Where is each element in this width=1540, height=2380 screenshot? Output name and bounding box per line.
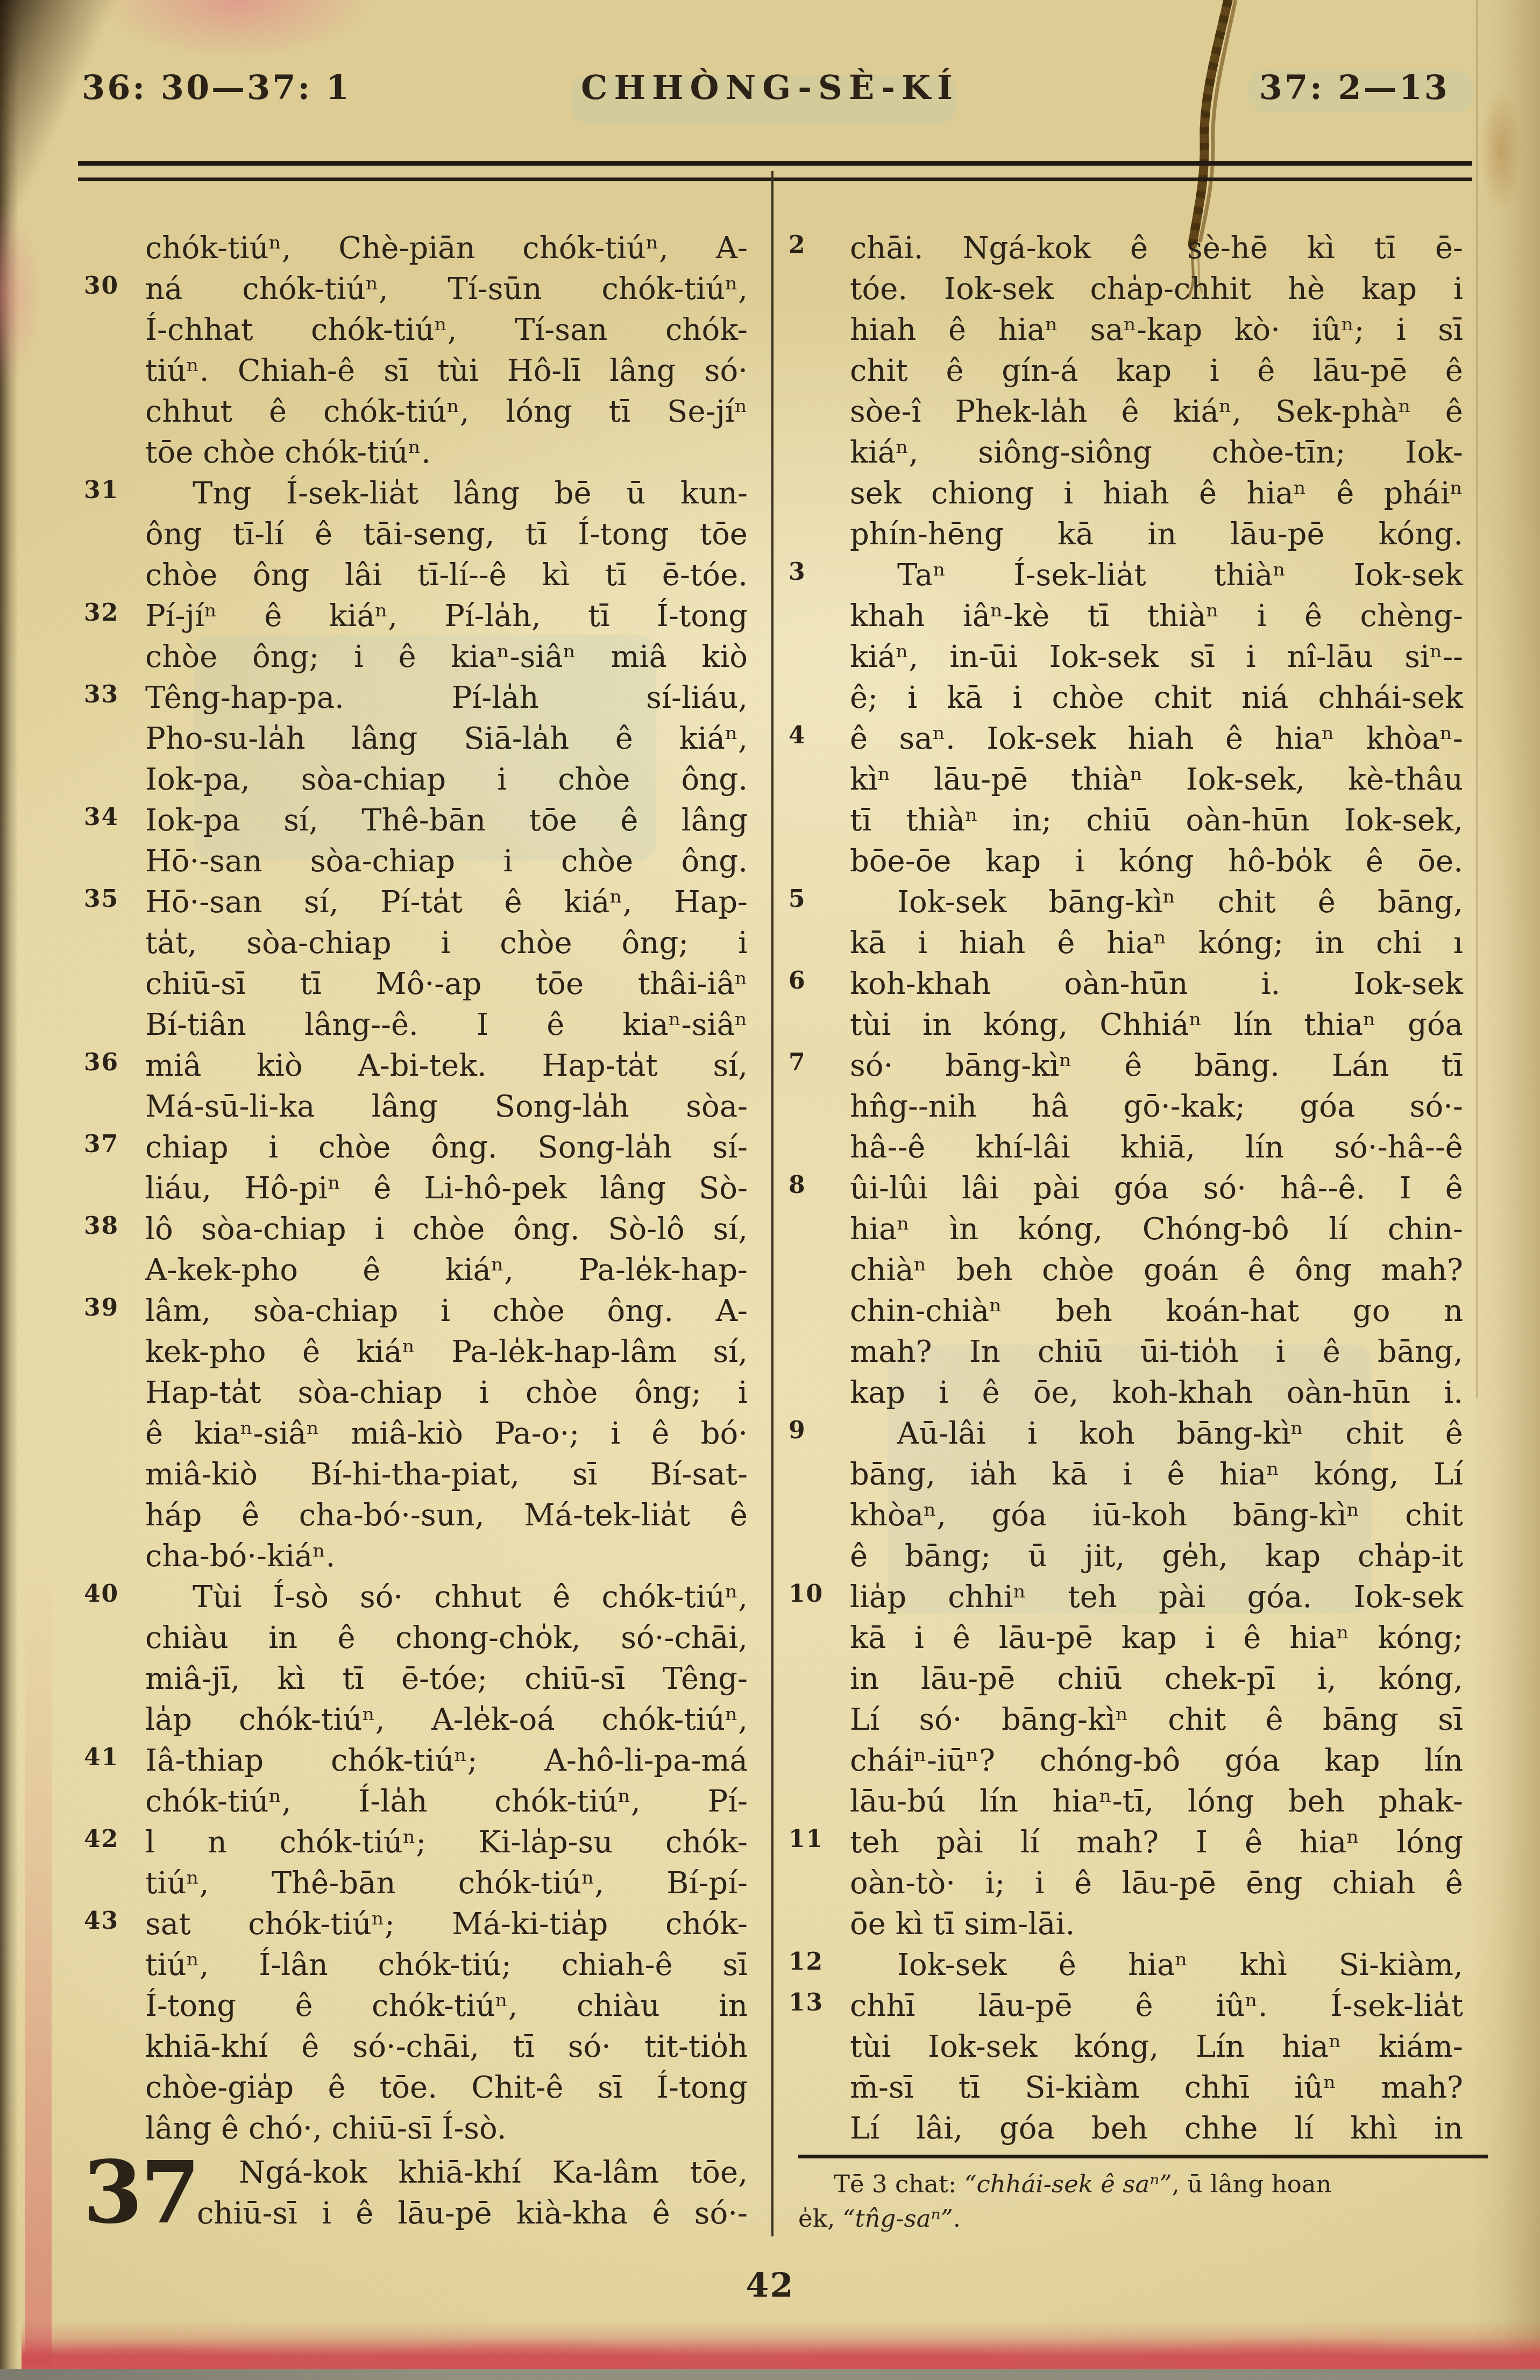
footnote: Tē 3 chat: “chhái-sek ê saⁿ”, ū lâng hoa… [798, 2155, 1488, 2236]
verse-text: lia̍p chhiⁿ teh pài góa. Iok-sek [850, 1580, 1463, 1615]
verse-text: tùi Iok-sek kóng, Lín hiaⁿ kiám- [850, 2029, 1463, 2064]
text-line: 4ê saⁿ. Iok-sek hiah ê hiaⁿ khòaⁿ- [850, 719, 1463, 759]
book-page: { "header": { "left": "36: 30—37: 1", "c… [0, 0, 1540, 2380]
verse-text: chòe ông lâi tī-lí--ê kì tī ē-tóe. [145, 558, 748, 593]
verse-text: Iâ-thiap chók-tiúⁿ; A-hô-li-pa-má [145, 1743, 748, 1778]
scan-edge-bottom [0, 2369, 1540, 2380]
verse-text: ê; i kā i chòe chit niá chhái-sek [850, 680, 1463, 715]
text-line: hiaⁿ ìn kóng, Chóng-bô lí chin- [850, 1209, 1463, 1250]
verse-text: A-kek-pho ê kiáⁿ, Pa-le̍k-hap- [145, 1253, 748, 1288]
text-line: 34Iok-pa sí, Thê-bān tōe ê lâng [145, 800, 748, 841]
text-line: 40Tùi Í-sò só· chhut ê chók-tiúⁿ, [145, 1577, 748, 1618]
text-line: 42l n chók-tiúⁿ; Ki-la̍p-su chók- [145, 1822, 748, 1863]
verse-text: ná chók-tiúⁿ, Tí-sūn chók-tiúⁿ, [145, 272, 748, 307]
left-column-lines: chók-tiúⁿ, Chè-piān chók-tiúⁿ, A-30ná ch… [145, 228, 748, 2149]
chapter-lines: Ngá-kok khiā-khí Ka-lâm tōe,chiū-sī i ê … [197, 2152, 748, 2234]
verse-number: 37 [84, 1125, 119, 1164]
text-line: 11teh pài lí mah? I ê hiaⁿ lóng [850, 1822, 1463, 1863]
text-line: kā i hiah ê hiaⁿ kóng; in chi ı [850, 923, 1463, 964]
text-line: 36miâ kiò A-bi-tek. Hap-ta̍t sí, [145, 1046, 748, 1086]
verse-text: hiaⁿ ìn kóng, Chóng-bô lí chin- [850, 1212, 1463, 1247]
verse-text: ông tī-lí ê tāi-seng, tī Í-tong tōe [145, 517, 748, 552]
footnote-line: Tē 3 chat: “chhái-sek ê saⁿ”, ū lâng hoa… [798, 2167, 1488, 2201]
text-line: kā i ê lāu-pē kap i ê hiaⁿ kóng; [850, 1618, 1463, 1659]
verse-text: in lāu-pē chiū chek-pī i, kóng, [850, 1661, 1463, 1696]
verse-text: hâ--ê khí-lâi khiā, lín só·-hâ--ê [850, 1130, 1463, 1165]
text-line: m̄-sī tī Si-kiàm chhī iûⁿ mah? [850, 2068, 1463, 2108]
verse-text: khiā-khí ê só·-chāi, tī só· tit-tio̍h [145, 2029, 748, 2064]
verse-text: la̍p chók-tiúⁿ, A-le̍k-oá chók-tiúⁿ, [145, 1702, 748, 1737]
verse-text: háp ê cha-bó·-sun, Má-tek-lia̍t ê [145, 1498, 748, 1533]
chapter-text-line: Ngá-kok khiā-khí Ka-lâm tōe, [197, 2152, 748, 2193]
verse-text: chòe ông; i ê kiaⁿ-siâⁿ miâ kiò [145, 640, 748, 674]
verse-text: Tùi Í-sò só· chhut ê chók-tiúⁿ, [193, 1580, 748, 1615]
text-line: ông tī-lí ê tāi-seng, tī Í-tong tōe [145, 514, 748, 555]
text-line: chit ê gín-á kap i ê lāu-pē ê [850, 351, 1463, 392]
text-line: Lí lâi, góa beh chhe lí khì in [850, 2108, 1463, 2149]
verse-text: ta̍t, sòa-chiap i chòe ông; i [145, 926, 748, 961]
page-edge-right [1470, 0, 1540, 2380]
verse-text: khah iâⁿ-kè tī thiàⁿ i ê chèng- [850, 599, 1463, 634]
verse-text: ê bāng; ū jit, ge̍h, kap cha̍p-it [850, 1539, 1463, 1574]
verse-text: liáu, Hô-piⁿ ê Li-hô-pek lâng Sò- [145, 1171, 748, 1206]
verse-text: Iok-pa, sòa-chiap i chòe ông. [145, 762, 748, 797]
verse-number: 32 [84, 594, 119, 633]
verse-text: miâ-kiò Bí-hi-tha-piat, sī Bí-sat- [145, 1457, 748, 1492]
text-line: cha-bó·-kiáⁿ. [145, 1536, 748, 1577]
verse-text: Lí só· bāng-kìⁿ chit ê bāng sī [850, 1702, 1463, 1737]
verse-number: 38 [84, 1207, 119, 1246]
text-line: phín-hēng kā in lāu-pē kóng. [850, 514, 1463, 555]
verse-text: hiah ê hiaⁿ saⁿ-kap kò· iûⁿ; i sī [850, 312, 1463, 347]
text-line: tiúⁿ, Thê-bān chók-tiúⁿ, Bí-pí- [145, 1863, 748, 1904]
text-line: 37chiap i chòe ông. Song-la̍h sí- [145, 1127, 748, 1168]
text-line: 31Tng Í-sek-lia̍t lâng bē ū kun- [145, 473, 748, 514]
text-line: ōe kì tī sim-lāi. [850, 1904, 1463, 1945]
text-line: 38lô sòa-chiap i chòe ông. Sò-lô sí, [145, 1209, 748, 1250]
verse-number: 43 [84, 1902, 119, 1941]
text-line: tùi in kóng, Chhiáⁿ lín thiaⁿ góa [850, 1005, 1463, 1046]
footnote-text: e̍k, [798, 2204, 843, 2233]
footnote-text: Tē 3 chat: [834, 2170, 964, 2198]
text-line: 6koh-khah oàn-hūn i. Iok-sek [850, 964, 1463, 1005]
verse-text: kā i hiah ê hiaⁿ kóng; in chi ı [850, 926, 1463, 961]
verse-number: 33 [84, 676, 119, 714]
verse-text: Iok-pa sí, Thê-bān tōe ê lâng [145, 803, 748, 838]
text-line: Pho-su-la̍h lâng Siā-la̍h ê kiáⁿ, [145, 719, 748, 759]
verse-number: 31 [84, 471, 119, 510]
verse-text: Iok-sek bāng-kìⁿ chit ê bāng, [897, 885, 1463, 920]
chapter-block: 37 Ngá-kok khiā-khí Ka-lâm tōe,chiū-sī i… [145, 2152, 748, 2234]
text-line: chòe ông lâi tī-lí--ê kì tī ē-tóe. [145, 555, 748, 596]
text-line: 10lia̍p chhiⁿ teh pài góa. Iok-sek [850, 1577, 1463, 1618]
text-line: hiah ê hiaⁿ saⁿ-kap kò· iûⁿ; i sī [850, 310, 1463, 351]
text-line: Í-tong ê chók-tiúⁿ, chiàu in [145, 1986, 748, 2027]
verse-text: oàn-tò· i; i ê lāu-pē ēng chiah ê [850, 1866, 1463, 1901]
text-line: hn̂g--nih hâ gō·-kak; góa só·- [850, 1086, 1463, 1127]
verse-text: chiàⁿ beh chòe goán ê ông mah? [850, 1253, 1463, 1288]
verse-text: Aū-lâi i koh bāng-kìⁿ chit ê [897, 1416, 1463, 1451]
text-line: Lí só· bāng-kìⁿ chit ê bāng sī [850, 1700, 1463, 1740]
footnote-text: . [953, 2204, 961, 2233]
verse-text: kap i ê ōe, koh-khah oàn-hūn i. [850, 1375, 1463, 1410]
verse-text: kìⁿ lāu-pē thiàⁿ Iok-sek, kè-thâu [850, 762, 1463, 797]
right-column: 2chāi. Ngá-kok ê sè-hē kì tī ē-tóe. Iok-… [785, 228, 1463, 2236]
verse-number: 6 [789, 962, 806, 1000]
verse-number: 5 [789, 880, 806, 919]
text-line: 9Aū-lâi i koh bāng-kìⁿ chit ê [850, 1413, 1463, 1454]
page-number: 42 [0, 2265, 1540, 2305]
text-line: Hō·-san sòa-chiap i chòe ông. [145, 841, 748, 882]
text-line: la̍p chók-tiúⁿ, A-le̍k-oá chók-tiúⁿ, [145, 1700, 748, 1740]
verse-text: chiàu in ê chong-cho̍k, só·-chāi, [145, 1621, 748, 1656]
verse-text: miâ kiò A-bi-tek. Hap-ta̍t sí, [145, 1048, 748, 1083]
verse-text: Pho-su-la̍h lâng Siā-la̍h ê kiáⁿ, [145, 721, 748, 756]
column-divider [771, 171, 773, 2236]
text-line: chòe ông; i ê kiaⁿ-siâⁿ miâ kiò [145, 637, 748, 678]
verse-text: tiúⁿ. Chiah-ê sī tùi Hô-lī lâng só· [145, 353, 748, 388]
page-edge-red-stain [22, 2321, 1540, 2372]
verse-text: Má-sū-li-ka lâng Song-la̍h sòa- [145, 1089, 748, 1124]
verse-text: tī thiàⁿ in; chiū oàn-hūn Iok-sek, [850, 803, 1463, 838]
verse-number: 10 [789, 1575, 824, 1614]
verse-text: teh pài lí mah? I ê hiaⁿ lóng [850, 1825, 1463, 1860]
verse-number: 30 [84, 267, 119, 306]
text-line: 5Iok-sek bāng-kìⁿ chit ê bāng, [850, 882, 1463, 923]
text-line: 30ná chók-tiúⁿ, Tí-sūn chók-tiúⁿ, [145, 269, 748, 310]
text-line: 32Pí-jíⁿ ê kiáⁿ, Pí-la̍h, tī Í-tong [145, 596, 748, 637]
verse-text: m̄-sī tī Si-kiàm chhī iûⁿ mah? [850, 2070, 1463, 2105]
text-line: 3Taⁿ Í-sek-lia̍t thiàⁿ Iok-sek [850, 555, 1463, 596]
verse-number: 34 [84, 798, 119, 837]
text-line: chòe-gia̍p ê tōe. Chit-ê sī Í-tong [145, 2068, 748, 2108]
text-line: sòe-î Phek-la̍h ê kiáⁿ, Sek-phàⁿ ê [850, 392, 1463, 432]
verse-text: cha-bó·-kiáⁿ. [145, 1539, 335, 1574]
verse-text: kiáⁿ, siông-siông chòe-tīn; Iok- [850, 435, 1463, 470]
verse-text: lāu-bú lín hiaⁿ-tī, lóng beh phak- [850, 1784, 1463, 1819]
verse-text: chin-chiàⁿ beh koán-hat go n [850, 1294, 1463, 1328]
verse-text: kiáⁿ, in-ūi Iok-sek sī i nî-lāu siⁿ-- [850, 640, 1463, 674]
verse-text: Hō·-san sí, Pí-ta̍t ê kiáⁿ, Hap- [145, 885, 748, 920]
verse-number: 42 [84, 1820, 119, 1859]
verse-number: 35 [84, 880, 119, 919]
verse-text: chāi. Ngá-kok ê sè-hē kì tī ē- [850, 231, 1463, 266]
text-line: ê; i kā i chòe chit niá chhái-sek [850, 678, 1463, 719]
verse-text: ê saⁿ. Iok-sek hiah ê hiaⁿ khòaⁿ- [850, 721, 1463, 756]
text-line: tùi Iok-sek kóng, Lín hiaⁿ kiám- [850, 2027, 1463, 2068]
verse-number: 11 [789, 1820, 824, 1859]
text-line: chók-tiúⁿ, Í-la̍h chók-tiúⁿ, Pí- [145, 1781, 748, 1822]
verse-text: ê kiaⁿ-siâⁿ miâ-kiò Pa-o·; i ê bó· [145, 1416, 748, 1451]
verse-number: 3 [789, 553, 806, 592]
text-line: lāu-bú lín hiaⁿ-tī, lóng beh phak- [850, 1781, 1463, 1822]
right-column-lines: 2chāi. Ngá-kok ê sè-hē kì tī ē-tóe. Iok-… [850, 228, 1463, 2149]
page-header: 36: 30—37: 1 CHHÒNG-SÈ-KÍ 37: 2—13 [0, 68, 1540, 117]
text-line: kiáⁿ, siông-siông chòe-tīn; Iok- [850, 432, 1463, 473]
verse-text: hn̂g--nih hâ gō·-kak; góa só·- [850, 1089, 1463, 1124]
header-right-reference: 37: 2—13 [1259, 68, 1450, 107]
header-left-reference: 36: 30—37: 1 [82, 68, 351, 107]
text-line: A-kek-pho ê kiáⁿ, Pa-le̍k-hap- [145, 1250, 748, 1291]
text-line: liáu, Hô-piⁿ ê Li-hô-pek lâng Sò- [145, 1168, 748, 1209]
header-title: CHHÒNG-SÈ-KÍ [581, 68, 959, 107]
text-line: lâng ê chó·, chiū-sī Í-sò. [145, 2108, 748, 2149]
verse-text: Bí-tiân lâng--ê. I ê kiaⁿ-siâⁿ [145, 1007, 748, 1042]
verse-text: tóe. Iok-sek cha̍p-chhit hè kap i [850, 272, 1463, 307]
verse-text: só· bāng-kìⁿ ê bāng. Lán tī [850, 1048, 1463, 1083]
text-line: háp ê cha-bó·-sun, Má-tek-lia̍t ê [145, 1495, 748, 1536]
verse-text: kek-pho ê kiáⁿ Pa-le̍k-hap-lâm sí, [145, 1334, 748, 1369]
text-line: chin-chiàⁿ beh koán-hat go n [850, 1291, 1463, 1332]
text-line: miâ-jī, kì tī ē-tóe; chiū-sī Têng- [145, 1659, 748, 1700]
verse-number: 40 [84, 1575, 119, 1614]
footnote-quoted-term: “tn̂g-saⁿ” [843, 2204, 953, 2233]
verse-text: ōe kì tī sim-lāi. [850, 1907, 1075, 1942]
verse-text: lâm, sòa-chiap i chòe ông. A- [145, 1294, 748, 1328]
verse-number: 8 [789, 1166, 806, 1205]
text-line: ta̍t, sòa-chiap i chòe ông; i [145, 923, 748, 964]
text-line: chiū-sī tī Mô·-ap tōe thâi-iâⁿ [145, 964, 748, 1005]
footnote-quoted-term: “chhái-sek ê saⁿ” [964, 2170, 1172, 2198]
double-rule [78, 161, 1472, 181]
text-line: oàn-tò· i; i ê lāu-pē ēng chiah ê [850, 1863, 1463, 1904]
text-line: 8ûi-lûi lâi pài góa só· hâ--ê. I ê [850, 1168, 1463, 1209]
text-line: chók-tiúⁿ, Chè-piān chók-tiúⁿ, A- [145, 228, 748, 269]
verse-text: Taⁿ Í-sek-lia̍t thiàⁿ Iok-sek [897, 558, 1463, 593]
text-line: ê kiaⁿ-siâⁿ miâ-kiò Pa-o·; i ê bó· [145, 1413, 748, 1454]
text-line: hâ--ê khí-lâi khiā, lín só·-hâ--ê [850, 1127, 1463, 1168]
verse-text: sek chiong i hiah ê hiaⁿ ê pháiⁿ [850, 476, 1463, 511]
verse-text: chók-tiúⁿ, Chè-piān chók-tiúⁿ, A- [145, 231, 748, 266]
verse-text: Tng Í-sek-lia̍t lâng bē ū kun- [193, 476, 748, 511]
text-line: kiáⁿ, in-ūi Iok-sek sī i nî-lāu siⁿ-- [850, 637, 1463, 678]
text-line: Hap-ta̍t sòa-chiap i chòe ông; i [145, 1373, 748, 1413]
verse-number: 2 [789, 226, 806, 265]
text-line: chiàⁿ beh chòe goán ê ông mah? [850, 1250, 1463, 1291]
verse-text: chók-tiúⁿ, Í-la̍h chók-tiúⁿ, Pí- [145, 1784, 748, 1819]
verse-text: sat chók-tiúⁿ; Má-ki-tia̍p chók- [145, 1907, 748, 1942]
verse-text: ûi-lûi lâi pài góa só· hâ--ê. I ê [850, 1171, 1463, 1206]
verse-number: 12 [789, 1943, 824, 1981]
verse-text: Pí-jíⁿ ê kiáⁿ, Pí-la̍h, tī Í-tong [145, 599, 748, 634]
verse-text: miâ-jī, kì tī ē-tóe; chiū-sī Têng- [145, 1661, 748, 1696]
text-line: 33Têng-hap-pa. Pí-la̍h sí-liáu, [145, 678, 748, 719]
pink-edge-left [25, 1558, 52, 2365]
verse-text: phín-hēng kā in lāu-pē kóng. [850, 517, 1463, 552]
verse-text: Têng-hap-pa. Pí-la̍h sí-liáu, [145, 680, 748, 715]
text-line: 39lâm, sòa-chiap i chòe ông. A- [145, 1291, 748, 1332]
verse-text: chiū-sī tī Mô·-ap tōe thâi-iâⁿ [145, 967, 748, 1001]
text-line: chhut ê chók-tiúⁿ, lóng tī Se-jíⁿ [145, 392, 748, 432]
text-line: in lāu-pē chiū chek-pī i, kóng, [850, 1659, 1463, 1700]
verse-text: Lí lâi, góa beh chhe lí khì in [850, 2111, 1463, 2146]
text-line: khah iâⁿ-kè tī thiàⁿ i ê chèng- [850, 596, 1463, 637]
verse-text: Hō·-san sòa-chiap i chòe ông. [145, 844, 748, 879]
text-line: khiā-khí ê só·-chāi, tī só· tit-tio̍h [145, 2027, 748, 2068]
verse-text: bōe-ōe kap i kóng hô-bo̍k ê ōe. [850, 844, 1463, 879]
verse-text: mah? In chiū ūi-tio̍h i ê bāng, [850, 1334, 1463, 1369]
pink-stain-left [0, 177, 54, 414]
text-line: 35Hō·-san sí, Pí-ta̍t ê kiáⁿ, Hap- [145, 882, 748, 923]
text-line: 12Iok-sek ê hiaⁿ khì Si-kiàm, [850, 1945, 1463, 1986]
text-line: miâ-kiò Bí-hi-tha-piat, sī Bí-sat- [145, 1454, 748, 1495]
text-line: 7só· bāng-kìⁿ ê bāng. Lán tī [850, 1046, 1463, 1086]
text-line: tóe. Iok-sek cha̍p-chhit hè kap i [850, 269, 1463, 310]
verse-text: lâng ê chó·, chiū-sī Í-sò. [145, 2111, 507, 2146]
verse-text: Iok-sek ê hiaⁿ khì Si-kiàm, [897, 1948, 1463, 1983]
text-line: tōe chòe chók-tiúⁿ. [145, 432, 748, 473]
text-line: Í-chhat chók-tiúⁿ, Tí-san chók- [145, 310, 748, 351]
text-line: bōe-ōe kap i kóng hô-bo̍k ê ōe. [850, 841, 1463, 882]
verse-text: chhut ê chók-tiúⁿ, lóng tī Se-jíⁿ [145, 394, 748, 429]
text-line: 43sat chók-tiúⁿ; Má-ki-tia̍p chók- [145, 1904, 748, 1945]
verse-text: Í-tong ê chók-tiúⁿ, chiàu in [145, 1988, 748, 2023]
text-line: 2chāi. Ngá-kok ê sè-hē kì tī ē- [850, 228, 1463, 269]
footnote-line: e̍k, “tn̂g-saⁿ”. [798, 2201, 1488, 2236]
verse-text: bāng, ia̍h kā i ê hiaⁿ kóng, Lí [850, 1457, 1463, 1492]
verse-text: Hap-ta̍t sòa-chiap i chòe ông; i [145, 1375, 748, 1410]
verse-text: koh-khah oàn-hūn i. Iok-sek [850, 967, 1463, 1001]
verse-number: 7 [789, 1043, 806, 1082]
text-line: bāng, ia̍h kā i ê hiaⁿ kóng, Lí [850, 1454, 1463, 1495]
text-line: Iok-pa, sòa-chiap i chòe ông. [145, 759, 748, 800]
verse-number: 39 [84, 1289, 119, 1327]
verse-number: 9 [789, 1411, 806, 1450]
chapter-text-line: chiū-sī i ê lāu-pē kià-kha ê só·- [197, 2193, 748, 2234]
text-line: cháiⁿ-iūⁿ? chóng-bô góa kap lín [850, 1740, 1463, 1781]
text-line: tiúⁿ. Chiah-ê sī tùi Hô-lī lâng só· [145, 351, 748, 392]
text-line: tī thiàⁿ in; chiū oàn-hūn Iok-sek, [850, 800, 1463, 841]
verse-text: kā i ê lāu-pē kap i ê hiaⁿ kóng; [850, 1621, 1463, 1656]
verse-text: tiúⁿ, Í-lân chók-tiú; chiah-ê sī [145, 1948, 748, 1983]
verse-text: tùi in kóng, Chhiáⁿ lín thiaⁿ góa [850, 1007, 1463, 1042]
text-line: ê bāng; ū jit, ge̍h, kap cha̍p-it [850, 1536, 1463, 1577]
footnote-text: , ū lâng hoan [1172, 2170, 1331, 2198]
left-column: chók-tiúⁿ, Chè-piān chók-tiúⁿ, A-30ná ch… [81, 228, 748, 2234]
text-line: kek-pho ê kiáⁿ Pa-le̍k-hap-lâm sí, [145, 1332, 748, 1373]
text-line: kap i ê ōe, koh-khah oàn-hūn i. [850, 1373, 1463, 1413]
text-line: sek chiong i hiah ê hiaⁿ ê pháiⁿ [850, 473, 1463, 514]
text-line: mah? In chiū ūi-tio̍h i ê bāng, [850, 1332, 1463, 1373]
chapter-number: 37 [83, 2152, 197, 2234]
verse-text: sòe-î Phek-la̍h ê kiáⁿ, Sek-phàⁿ ê [850, 394, 1463, 429]
verse-text: chit ê gín-á kap i ê lāu-pē ê [850, 353, 1463, 388]
verse-text: Í-chhat chók-tiúⁿ, Tí-san chók- [145, 312, 748, 347]
verse-number: 41 [84, 1738, 119, 1777]
verse-text: tiúⁿ, Thê-bān chók-tiúⁿ, Bí-pí- [145, 1866, 748, 1901]
verse-text: l n chók-tiúⁿ; Ki-la̍p-su chók- [145, 1825, 748, 1860]
verse-text: chòe-gia̍p ê tōe. Chit-ê sī Í-tong [145, 2070, 748, 2105]
verse-text: tōe chòe chók-tiúⁿ. [145, 435, 431, 470]
verse-text: cháiⁿ-iūⁿ? chóng-bô góa kap lín [850, 1743, 1463, 1778]
text-line: 13chhī lāu-pē ê iûⁿ. Í-sek-lia̍t [850, 1986, 1463, 2027]
text-line: 41Iâ-thiap chók-tiúⁿ; A-hô-li-pa-má [145, 1740, 748, 1781]
verse-text: chiap i chòe ông. Song-la̍h sí- [145, 1130, 748, 1165]
text-line: Má-sū-li-ka lâng Song-la̍h sòa- [145, 1086, 748, 1127]
verse-text: lô sòa-chiap i chòe ông. Sò-lô sí, [145, 1212, 748, 1247]
verse-text: chhī lāu-pē ê iûⁿ. Í-sek-lia̍t [850, 1988, 1463, 2023]
text-line: Bí-tiân lâng--ê. I ê kiaⁿ-siâⁿ [145, 1005, 748, 1046]
verse-number: 4 [789, 716, 806, 755]
text-line: kìⁿ lāu-pē thiàⁿ Iok-sek, kè-thâu [850, 759, 1463, 800]
text-line: chiàu in ê chong-cho̍k, só·-chāi, [145, 1618, 748, 1659]
verse-text: khòaⁿ, góa iū-koh bāng-kìⁿ chit [850, 1498, 1463, 1533]
text-line: khòaⁿ, góa iū-koh bāng-kìⁿ chit [850, 1495, 1463, 1536]
verse-number: 36 [84, 1043, 119, 1082]
verse-number: 13 [789, 1984, 824, 2022]
text-line: tiúⁿ, Í-lân chók-tiú; chiah-ê sī [145, 1945, 748, 1986]
